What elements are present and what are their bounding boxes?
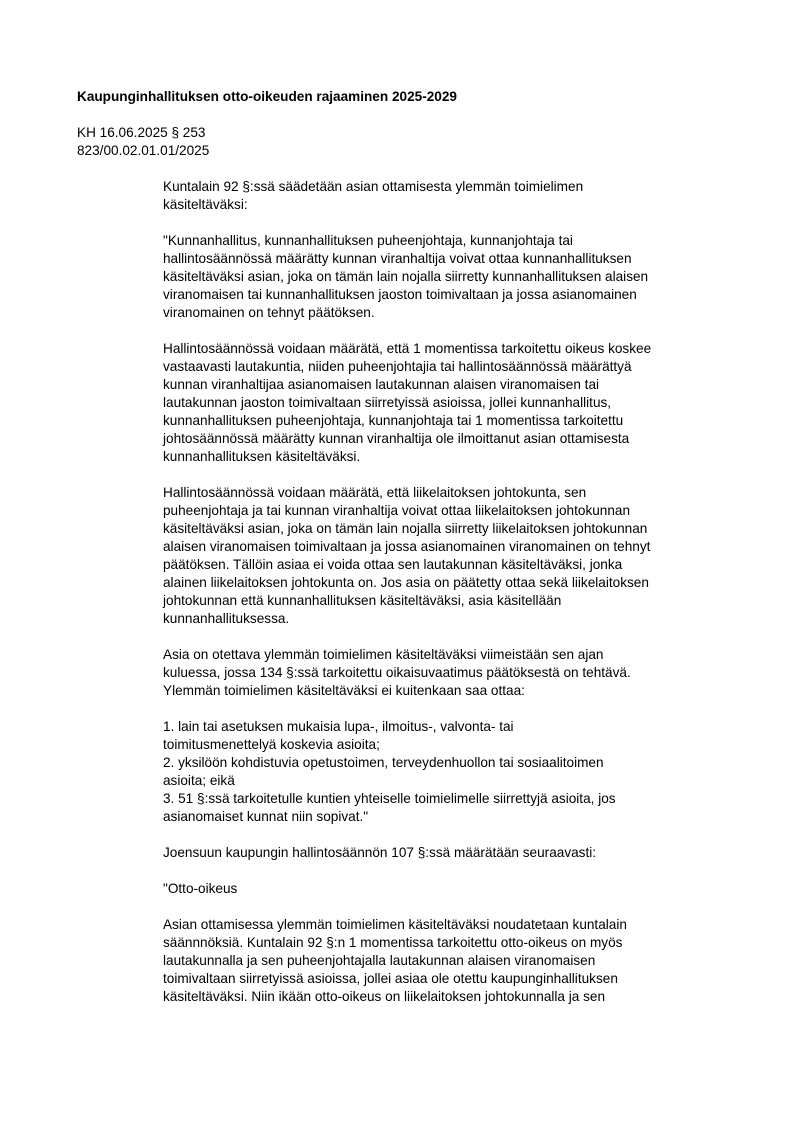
text-line: "Kunnanhallitus, kunnanhallituksen puhee… [163, 232, 708, 250]
text-line: alainen liikelaitoksen johtokunta on. Jo… [163, 574, 708, 592]
text-line: Joensuun kaupungin hallintosäännön 107 §… [163, 844, 708, 862]
paragraph: Asian ottamisessa ylemmän toimielimen kä… [163, 916, 708, 1006]
text-line: viranomaisen tai kunnanhallituksen jaost… [163, 286, 708, 304]
paragraph: Joensuun kaupungin hallintosäännön 107 §… [163, 844, 708, 862]
text-line: 1. lain tai asetuksen mukaisia lupa-, il… [163, 718, 708, 736]
text-line: lautakunnalla ja sen puheenjohtajalla la… [163, 952, 708, 970]
paragraph: Asia on otettava ylemmän toimielimen käs… [163, 646, 708, 700]
paragraph: Kuntalain 92 §:ssä säädetään asian ottam… [163, 178, 708, 214]
text-line: kunnan viranhaltijaa asianomaisen lautak… [163, 376, 708, 394]
text-line: käsiteltäväksi asian, joka on tämän lain… [163, 268, 708, 286]
text-line: kunnanhallituksen käsiteltäväksi. [163, 448, 708, 466]
text-line: käsiteltäväksi. Niin ikään otto-oikeus o… [163, 988, 708, 1006]
text-line: puheenjohtaja ja tai kunnan viranhaltija… [163, 502, 708, 520]
text-line: asianomaiset kunnat niin sopivat." [163, 808, 708, 826]
text-line: viranomainen on tehnyt päätöksen. [163, 304, 708, 322]
paragraph: "Otto-oikeus [163, 880, 708, 898]
text-line: toimitusmenettelyä koskevia asioita; [163, 736, 708, 754]
text-line: vastaavasti lautakuntia, niiden puheenjo… [163, 358, 708, 376]
meeting-reference: KH 16.06.2025 § 253 [77, 124, 209, 142]
text-line: 3. 51 §:ssä tarkoitetulle kuntien yhteis… [163, 790, 708, 808]
text-line: kunnanhallituksen puheenjohtaja, kunnanj… [163, 412, 708, 430]
document-body: Kuntalain 92 §:ssä säädetään asian ottam… [163, 178, 708, 1024]
document-page: Kaupunginhallituksen otto-oikeuden rajaa… [0, 0, 794, 1122]
text-line: käsiteltäväksi: [163, 196, 708, 214]
text-line: käsiteltäväksi asian, joka on tämän lain… [163, 520, 708, 538]
text-line: kunnanhallituksessa. [163, 610, 708, 628]
text-line: lautakunnan jaoston toimivaltaan siirret… [163, 394, 708, 412]
text-line: Hallintosäännössä voidaan määrätä, että … [163, 340, 708, 358]
paragraph: 1. lain tai asetuksen mukaisia lupa-, il… [163, 718, 708, 826]
text-line: Asia on otettava ylemmän toimielimen käs… [163, 646, 708, 664]
paragraph: Hallintosäännössä voidaan määrätä, että … [163, 340, 708, 466]
text-line: Ylemmän toimielimen käsiteltäväksi ei ku… [163, 682, 708, 700]
paragraph: Hallintosäännössä voidaan määrätä, että … [163, 484, 708, 628]
text-line: kuluessa, jossa 134 §:ssä tarkoitettu oi… [163, 664, 708, 682]
paragraph: "Kunnanhallitus, kunnanhallituksen puhee… [163, 232, 708, 322]
text-line: toimivaltaan siirretyissä asioissa, joll… [163, 970, 708, 988]
record-number: 823/00.02.01.01/2025 [77, 142, 209, 160]
text-line: säännnöksiä. Kuntalain 92 §:n 1 momentis… [163, 934, 708, 952]
text-line: Hallintosäännössä voidaan määrätä, että … [163, 484, 708, 502]
text-line: johtokunnan että kunnanhallituksen käsit… [163, 592, 708, 610]
text-line: asioita; eikä [163, 772, 708, 790]
text-line: päätöksen. Tällöin asiaa ei voida ottaa … [163, 556, 708, 574]
text-line: "Otto-oikeus [163, 880, 708, 898]
text-line: hallintosäännössä määrätty kunnan viranh… [163, 250, 708, 268]
text-line: Asian ottamisessa ylemmän toimielimen kä… [163, 916, 708, 934]
text-line: alaisen viranomaisen toimivaltaan ja jos… [163, 538, 708, 556]
document-title: Kaupunginhallituksen otto-oikeuden rajaa… [77, 88, 457, 106]
document-meta: KH 16.06.2025 § 253 823/00.02.01.01/2025 [77, 124, 209, 160]
text-line: 2. yksilöön kohdistuvia opetustoimen, te… [163, 754, 708, 772]
text-line: Kuntalain 92 §:ssä säädetään asian ottam… [163, 178, 708, 196]
text-line: johtosäännössä määrätty kunnan viranhalt… [163, 430, 708, 448]
